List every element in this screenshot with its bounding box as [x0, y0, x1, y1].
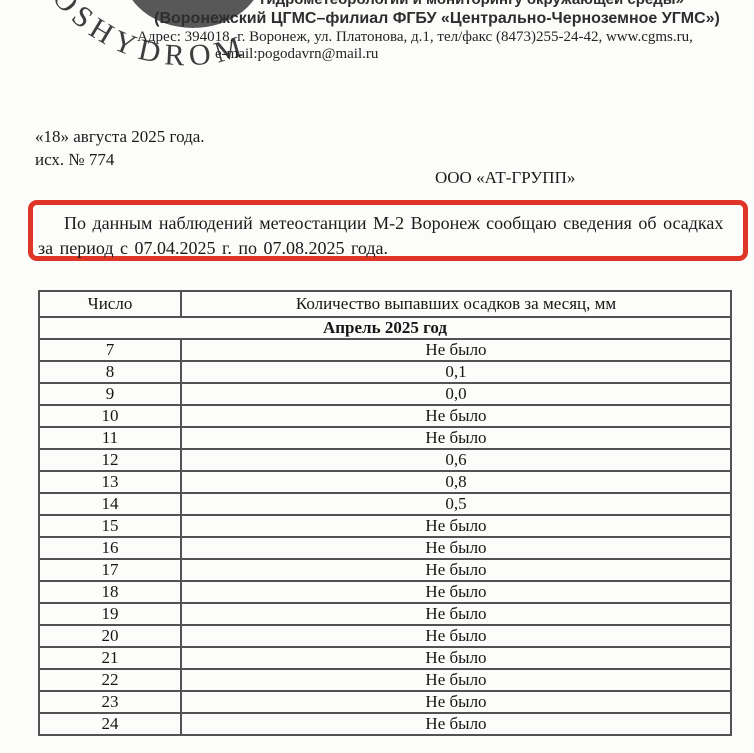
letter-date: «18» августа 2025 года. [35, 127, 205, 147]
day-cell: 24 [39, 713, 181, 735]
amount-cell: 0,0 [181, 383, 731, 405]
day-cell: 11 [39, 427, 181, 449]
day-cell: 13 [39, 471, 181, 493]
table-row: 23Не было [39, 691, 731, 713]
amount-cell: Не было [181, 603, 731, 625]
table-row: 140,5 [39, 493, 731, 515]
table-row: 17Не было [39, 559, 731, 581]
table-header-row: Число Количество выпавших осадков за мес… [39, 291, 731, 317]
amount-cell: Не было [181, 339, 731, 361]
table-row: 21Не было [39, 647, 731, 669]
amount-cell: Не было [181, 537, 731, 559]
column-header-day: Число [39, 291, 181, 317]
day-cell: 17 [39, 559, 181, 581]
day-cell: 19 [39, 603, 181, 625]
amount-cell: 0,8 [181, 471, 731, 493]
recipient-name: ООО «АТ-ГРУПП» [435, 168, 575, 188]
org-address-line: Адрес: 394018, г. Воронеж, ул. Платонова… [80, 28, 750, 46]
amount-cell: 0,6 [181, 449, 731, 471]
day-cell: 18 [39, 581, 181, 603]
day-cell: 9 [39, 383, 181, 405]
amount-cell: 0,5 [181, 493, 731, 515]
org-email-line: e-mail:pogodavrn@mail.ru [215, 45, 378, 63]
column-header-amount: Количество выпавших осадков за месяц, мм [181, 291, 731, 317]
precipitation-table: Число Количество выпавших осадков за мес… [38, 290, 732, 736]
org-name-line: гидрометеорологии и мониторингу окружающ… [190, 0, 754, 9]
day-cell: 12 [39, 449, 181, 471]
table-row: 20Не было [39, 625, 731, 647]
day-cell: 16 [39, 537, 181, 559]
day-cell: 21 [39, 647, 181, 669]
highlighted-paragraph: По данным наблюдений метеостанции М-2 Во… [28, 200, 748, 261]
amount-cell: Не было [181, 713, 731, 735]
amount-cell: Не было [181, 647, 731, 669]
day-cell: 22 [39, 669, 181, 691]
amount-cell: Не было [181, 427, 731, 449]
body-text-line-1: По данным наблюдений метеостанции М-2 Во… [38, 211, 739, 236]
amount-cell: Не было [181, 515, 731, 537]
table-row: 130,8 [39, 471, 731, 493]
table-row: 22Не было [39, 669, 731, 691]
scanned-letter-page: OSHYDROM гидрометеорологии и мониторингу… [0, 0, 754, 753]
month-header: Апрель 2025 год [39, 317, 731, 339]
table-row: 11Не было [39, 427, 731, 449]
amount-cell: Не было [181, 559, 731, 581]
amount-cell: Не было [181, 691, 731, 713]
amount-cell: Не было [181, 625, 731, 647]
day-cell: 20 [39, 625, 181, 647]
table-row: 120,6 [39, 449, 731, 471]
table-row: 7Не было [39, 339, 731, 361]
day-cell: 15 [39, 515, 181, 537]
day-cell: 8 [39, 361, 181, 383]
table-row: 10Не было [39, 405, 731, 427]
day-cell: 23 [39, 691, 181, 713]
amount-cell: Не было [181, 669, 731, 691]
day-cell: 10 [39, 405, 181, 427]
day-cell: 7 [39, 339, 181, 361]
body-text-line-2: за период с 07.04.2025 г. по 07.08.2025 … [38, 236, 739, 261]
amount-cell: 0,1 [181, 361, 731, 383]
table-row: 80,1 [39, 361, 731, 383]
table-row: 16Не было [39, 537, 731, 559]
table-row: 15Не было [39, 515, 731, 537]
table-row: 19Не было [39, 603, 731, 625]
month-header-row: Апрель 2025 год [39, 317, 731, 339]
org-branch-line: (Воронежский ЦГМС–филиал ФГБУ «Центральн… [120, 9, 754, 28]
outgoing-number: исх. № 774 [35, 150, 114, 170]
day-cell: 14 [39, 493, 181, 515]
amount-cell: Не было [181, 581, 731, 603]
table-row: 90,0 [39, 383, 731, 405]
table-row: 18Не было [39, 581, 731, 603]
amount-cell: Не было [181, 405, 731, 427]
table-row: 24Не было [39, 713, 731, 735]
